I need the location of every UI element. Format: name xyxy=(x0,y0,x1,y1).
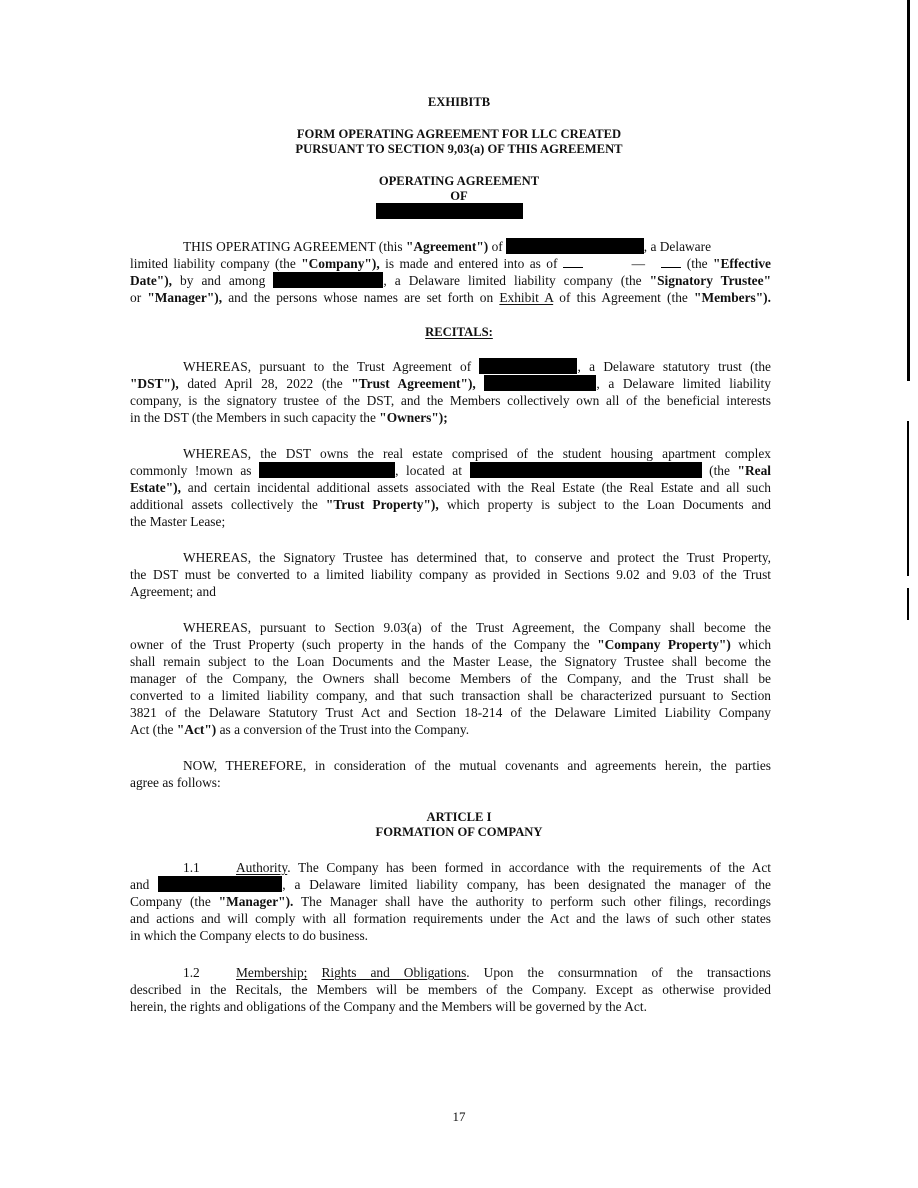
recital-line: additional assets collectively the "Trus… xyxy=(130,496,771,513)
intro-line: limited liability company (the "Company"… xyxy=(130,255,771,272)
section-1-1-line: and actions and will comply with all for… xyxy=(130,910,771,927)
recital-line: Act (the "Act") as a conversion of the T… xyxy=(130,721,469,738)
intro-line: THIS OPERATING AGREEMENT (this "Agreemen… xyxy=(183,238,711,255)
section-1-1-line: and , a Delaware limited liability compa… xyxy=(130,876,771,893)
recital-line: Estate"), and certain incidental additio… xyxy=(130,479,771,496)
recital-line: in the DST (the Members in such capacity… xyxy=(130,409,448,426)
recital-line: WHEREAS, pursuant to Section 9.03(a) of … xyxy=(183,619,771,636)
recital-line: shall remain subject to the Loan Documen… xyxy=(130,653,771,670)
article-title: FORMATION OF COMPANY xyxy=(0,824,918,841)
intro-line: Date"), by and among , a Delaware limite… xyxy=(130,272,771,289)
redaction xyxy=(484,375,596,391)
section-1-2-line: described in the Recitals, the Members w… xyxy=(130,981,771,998)
redacted-company-name xyxy=(376,203,523,219)
recital-line: commonly !mown as , located at (the "Rea… xyxy=(130,462,771,479)
section-1-1-line: in which the Company elects to do busine… xyxy=(130,927,368,944)
now-therefore-line: agree as follows: xyxy=(130,774,221,791)
redaction xyxy=(479,358,577,374)
recital-line: company, is the signatory trustee of the… xyxy=(130,392,771,409)
intro-line: or "Manager"), and the persons whose nam… xyxy=(130,289,771,306)
section-1-1-line: Company (the "Manager"). The Manager sha… xyxy=(130,893,771,910)
recital-line: "DST"), dated April 28, 2022 (the "Trust… xyxy=(130,375,771,392)
revision-bar xyxy=(907,588,909,620)
redaction xyxy=(506,238,644,254)
now-therefore-line: NOW, THEREFORE, in consideration of the … xyxy=(183,757,771,774)
redaction xyxy=(158,876,282,892)
section-1-2-line: 1.2Membership; Rights and Obligations. U… xyxy=(183,964,771,981)
recital-line: converted to a limited liability company… xyxy=(130,687,771,704)
recital-line: manager of the Company, the Owners shall… xyxy=(130,670,771,687)
recital-line: owner of the Trust Property (such proper… xyxy=(130,636,771,653)
document-page: EXHIBITB FORM OPERATING AGREEMENT FOR LL… xyxy=(0,0,918,1188)
recital-line: 3821 of the Delaware Statutory Trust Act… xyxy=(130,704,771,721)
section-heading: Authority xyxy=(236,860,287,875)
redaction xyxy=(470,462,702,478)
exhibit-label: EXHIBITB xyxy=(0,94,918,111)
recital-line: the Master Lease; xyxy=(130,513,225,530)
redaction xyxy=(273,272,383,288)
recital-line: WHEREAS, the DST owns the real estate co… xyxy=(183,445,771,462)
exhibit-a-link: Exhibit A xyxy=(499,290,553,305)
page-number: 17 xyxy=(0,1109,918,1125)
redaction xyxy=(259,462,395,478)
revision-bar xyxy=(907,421,909,576)
section-heading: Membership; xyxy=(236,965,307,980)
section-1-2-line: herein, the rights and obligations of th… xyxy=(130,998,647,1015)
form-title-line2: PURSUANT TO SECTION 9,03(a) OF THIS AGRE… xyxy=(0,141,918,158)
section-1-1-line: 1.1Authority. The Company has been forme… xyxy=(183,859,771,876)
recital-line: WHEREAS, pursuant to the Trust Agreement… xyxy=(183,358,771,375)
recital-line: WHEREAS, the Signatory Trustee has deter… xyxy=(183,549,771,566)
recital-line: the DST must be converted to a limited l… xyxy=(130,566,771,583)
section-heading: Rights and Obligations xyxy=(321,965,466,980)
recital-line: Agreement; and xyxy=(130,583,216,600)
recitals-heading: RECITALS: xyxy=(0,324,918,341)
